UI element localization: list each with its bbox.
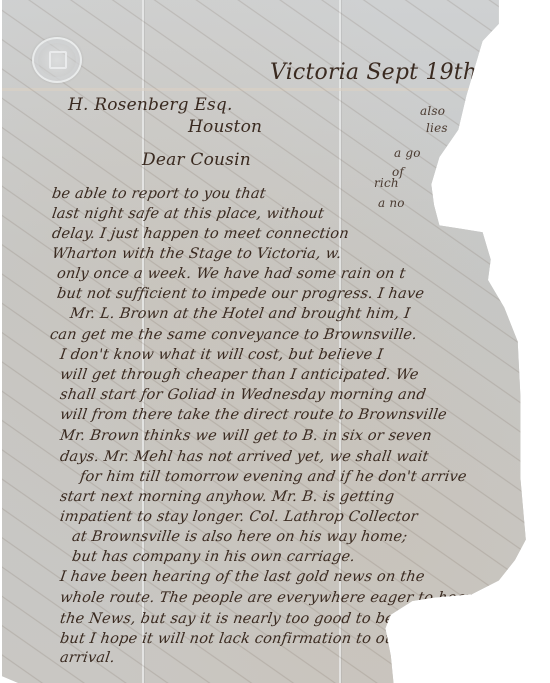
letter-paper: Victoria Sept 19th H. Rosenberg Esq. Hou… — [2, 0, 542, 683]
body-line: start next morning anyhow. Mr. B. is get… — [59, 489, 395, 505]
body-line: but I hope it will not lack confirmation… — [59, 631, 403, 647]
salutation: Dear Cousin — [142, 150, 251, 170]
body-line: I don't know what it will cost, but beli… — [59, 347, 384, 363]
margin-fragment: a no — [378, 196, 405, 210]
body-line: but not sufficient to impede our progres… — [56, 286, 425, 302]
body-line: Mr. L. Brown at the Hotel and brought hi… — [69, 306, 411, 322]
embossed-seal-icon — [32, 37, 82, 83]
body-line: only once a week. We have had some rain … — [56, 266, 407, 282]
margin-fragment: lies — [426, 121, 448, 135]
dateline: Victoria Sept 19th — [270, 60, 477, 85]
body-line: the News, but say it is nearly too good … — [59, 611, 455, 627]
body-line: at Brownsville is also here on his way h… — [71, 529, 409, 545]
body-line: arrival. — [59, 650, 116, 666]
addressee-city: Houston — [188, 117, 262, 137]
body-line: impatient to stay longer. Col. Lathrop C… — [59, 509, 419, 525]
margin-fragment: also — [420, 104, 445, 118]
body-line: I have been hearing of the last gold new… — [59, 569, 426, 585]
body-line: will from there take the direct route to… — [59, 407, 448, 423]
body-line: will get through cheaper than I anticipa… — [59, 367, 420, 383]
body-line: shall start for Goliad in Wednesday morn… — [59, 387, 427, 403]
body-line: Wharton with the Stage to Victoria, w. — [51, 246, 343, 262]
margin-fragment: a go — [394, 146, 421, 160]
body-line: but has company in his own carriage. — [71, 549, 356, 565]
body-line: be able to report to you that — [51, 186, 267, 202]
body-line: for him till tomorrow evening and if he … — [79, 469, 468, 485]
body-line: delay. I just happen to meet connection — [51, 226, 350, 242]
body-line: can get me the same conveyance to Browns… — [49, 327, 418, 343]
body-line: Mr. Brown thinks we will get to B. in si… — [59, 428, 433, 444]
body-line: days. Mr. Mehl has not arrived yet, we s… — [59, 449, 430, 465]
body-line: last night safe at this place, without — [51, 206, 325, 222]
addressee-name: H. Rosenberg Esq. — [68, 95, 233, 115]
scanned-letter-page: Victoria Sept 19th H. Rosenberg Esq. Hou… — [0, 0, 550, 683]
body-line: whole route. The people are everywhere e… — [59, 590, 473, 606]
margin-fragment: rich — [374, 176, 399, 190]
fold-line-horizontal — [2, 88, 542, 91]
